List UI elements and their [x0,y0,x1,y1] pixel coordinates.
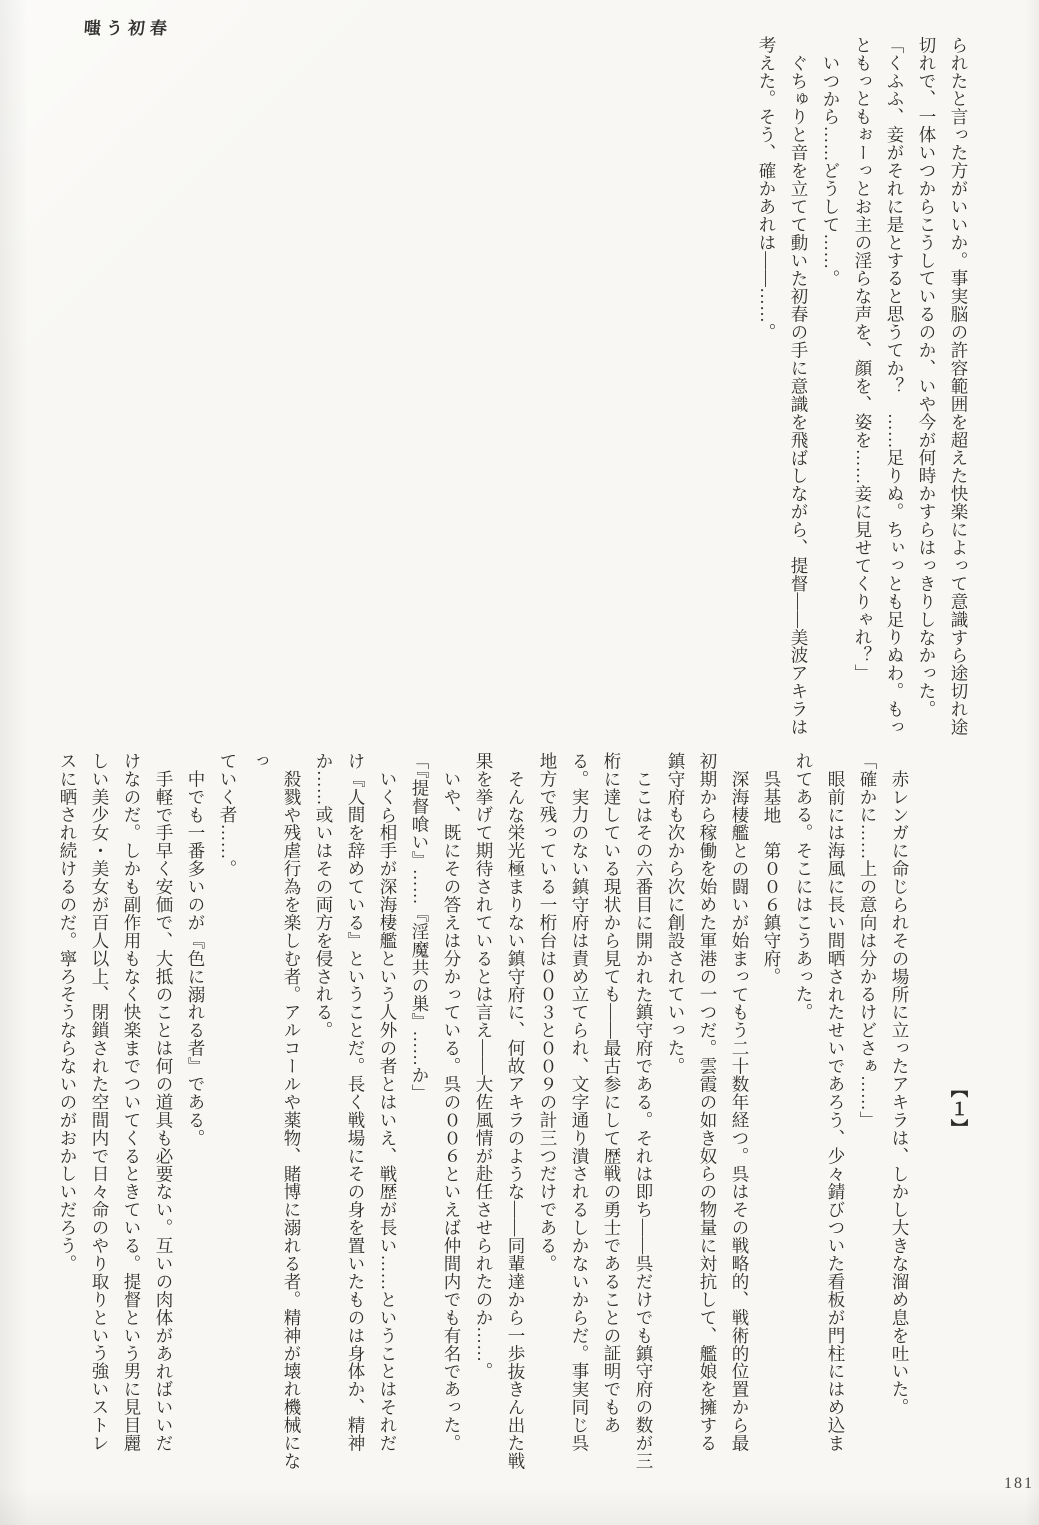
text-line: 地方で残っている一桁台は００３と００９の計三つだけである。 [532,752,564,1480]
text-line: ここはその六番目に開かれた鎮守府である。それは即ち――呉だけでも鎮守府の数が三 [628,752,660,1480]
text-line: 呉基地 第００６鎮守府。 [756,752,788,1480]
text-line: 桁に達している現状から見ても――最古参にして歴戦の勇士であることの証明でもあ [596,752,628,1480]
text-line: 「『提督喰い』……『淫魔共の巣』……か」 [404,752,436,1480]
text-line: 殺戮や残虐行為を楽しむ者。アルコールや薬物、賭博に溺れる者。精神が壊れ機械になっ [244,752,308,1480]
upper-text-block: られたと言った方がいいか。事実脳の許容範囲を超えた快楽によって意識すら途切れ途切… [751,36,975,740]
text-line: ていく者……。 [212,752,244,1480]
text-line: 果を挙げて期待されているとは言え――大佐風情が赴任させられたのか……。 [468,752,500,1480]
section-marker: 【１】 [943,752,975,1480]
text-line: 「くふふ、妾がそれに是とすると思うてか？ ……足りぬ。ちぃっとも足りぬわ。もっ [879,36,911,740]
text-line: 中でも一番多いのが『色に溺れる者』である。 [180,752,212,1480]
text-line: られたと言った方がいいか。事実脳の許容範囲を超えた快楽によって意識すら途切れ途 [943,36,975,740]
text-line: け『人間を辞めている』ということだ。長く戦場にその身を置いたものは身体か、精神 [340,752,372,1480]
text-line: いくら相手が深海棲艦という人外の者とはいえ、戦歴が長い……ということはそれだ [372,752,404,1480]
lower-text-block: 【１】赤レンガに命じられその場所に立ったアキラは、しかし大きな溜め息を吐いた。「… [52,752,975,1480]
text-line: そんな栄光極まりない鎮守府に、何故アキラのような――同輩達から一歩抜きん出た戦 [500,752,532,1480]
text-line: しい美少女・美女が百人以上、閉鎖された空間内で日々命のやり取りという強いストレ [84,752,116,1480]
text-line: 「確かに……上の意向は分かるけどさぁ……」 [852,752,884,1480]
scanned-novel-page: { "page": { "header_title": "嗤う初春", "pag… [0,0,1039,1525]
page-number: 181 [1004,1475,1034,1493]
text-line: スに晒され続けるのだ。寧ろそうならないのがおかしいだろう。 [52,752,84,1480]
text-line: ともっともぉーっとお主の淫らな声を、顔を、姿を……妾に見せてくりゃれ？」 [847,36,879,740]
text-line: れてある。そこにはこうあった。 [788,752,820,1480]
text-line: いつから……どうして……。 [815,36,847,740]
text-line: か……或いはその両方を侵される。 [308,752,340,1480]
text-line: 切れで、一体いつからこうしているのか、いや今が何時かすらはっきりしなかった。 [911,36,943,740]
text-line: 眼前には海風に長い間晒されたせいであろう、少々錆びついた看板が門柱にはめ込ま [820,752,852,1480]
text-line: 手軽で手早く安価で、大抵のことは何の道具も必要ない。互いの肉体があればいいだ [148,752,180,1480]
text-line: けなのだ。しかも副作用もなく快楽までついてくるときている。提督という男に見目麗 [116,752,148,1480]
text-line: 考えた。そう、確かあれは――……。 [751,36,783,740]
text-line: る。実力のない鎮守府は責め立てられ、文字通り潰されるしかないからだ。事実同じ呉 [564,752,596,1480]
text-line: いや、既にその答えは分かっている。呉の００６といえば仲間内でも有名であった。 [436,752,468,1480]
page-header-title: 嗤う初春 [83,14,173,39]
text-line: 赤レンガに命じられその場所に立ったアキラは、しかし大きな溜め息を吐いた。 [884,752,916,1480]
text-line: 初期から稼働を始めた軍港の一つだ。雲霞の如き奴らの物量に対抗して、艦娘を擁する [692,752,724,1480]
text-line: ぐちゅりと音を立てて動いた初春の手に意識を飛ばしながら、提督――美波アキラは [783,36,815,740]
text-line: 深海棲艦との闘いが始まってもう二十数年経つ。呉はその戦略的、戦術的位置から最 [724,752,756,1480]
text-line: 鎮守府も次から次に創設されていった。 [660,752,692,1480]
